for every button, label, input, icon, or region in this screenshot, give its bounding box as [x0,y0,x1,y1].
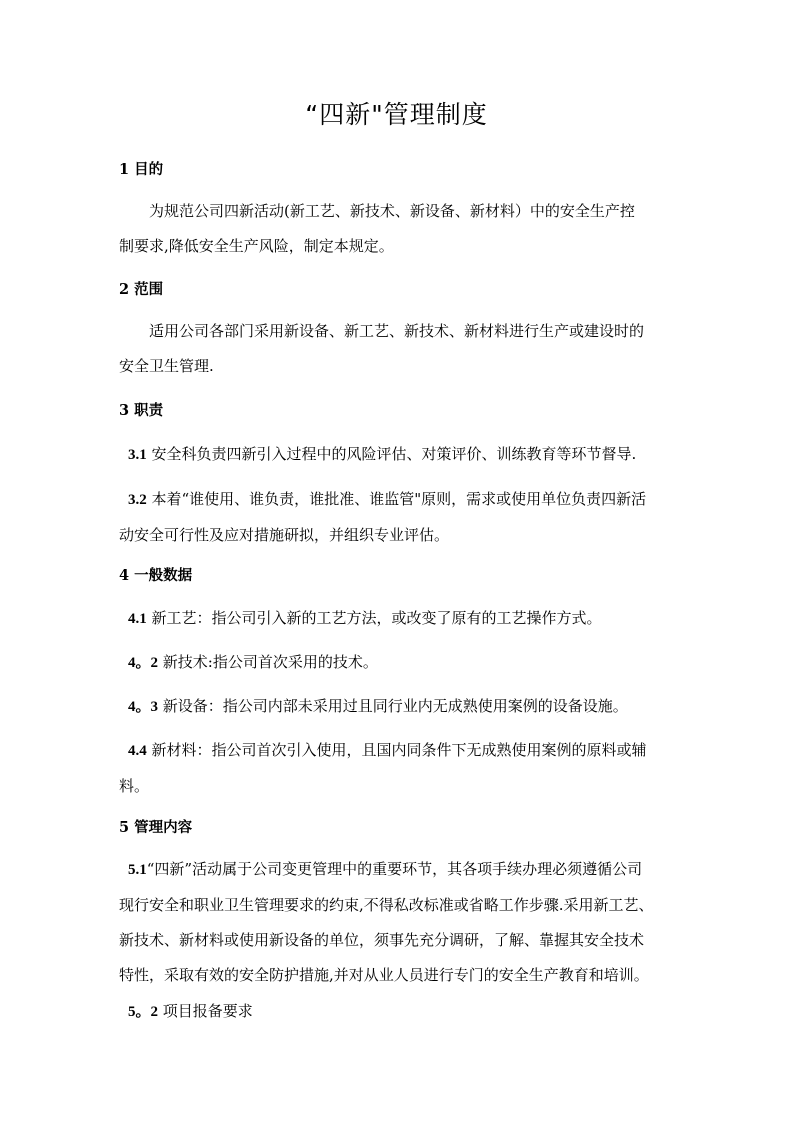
clause-number: 4.1 [128,611,147,627]
clause-4-3: 4。3 新设备：指公司内部未采用过且同行业内无成熟使用案例的设备设施。 [119,689,688,725]
clause-text: 项目报备要求 [158,1002,253,1020]
text-line: 为规范公司四新活动(新工艺、新技术、新设备、新材料）中的安全生产控 [119,194,679,229]
clause-5-2: 5。2 项目报备要求 [119,994,688,1030]
text-line: 制要求,降低安全生产风险，制定本规定。 [119,229,679,264]
clause-4-1: 4.1 新工艺：指公司引入新的工艺方法，或改变了原有的工艺操作方式。 [119,601,688,637]
clause-number: 3.2 [128,492,147,508]
clause-4-4: 4.4 新材料：指公司首次引入使用，且国内同条件下无成熟使用案例的原料或辅 料。 [119,733,679,804]
section-heading-scope: 2 范围 [119,280,679,300]
clause-text: “四新”活动属于公司变更管理中的重要环节，其各项手续办理必须遵循公司 [147,860,642,878]
clause-text: 新工艺：指公司引入新的工艺方法，或改变了原有的工艺操作方式。 [147,609,602,627]
text-line: 动安全可行性及应对措施研拟，并组织专业评估。 [119,518,679,553]
clause-number: 4.4 [128,743,147,759]
section-heading-purpose: 1 目的 [119,160,679,180]
section-heading-definitions: 4 一般数据 [119,566,679,586]
clause-5-1: 5.1“四新”活动属于公司变更管理中的重要环节，其各项手续办理必须遵循公司 现行… [119,852,679,993]
section-heading-management: 5 管理内容 [119,818,679,838]
text-line: 现行安全和职业卫生管理要求的约束,不得私改标准或省略工作步骤.采用新工艺、 [119,888,679,923]
clause-text: 安全科负责四新引入过程中的风险评估、对策评价、训练教育等环节督导. [147,445,637,463]
text-line: 安全卫生管理. [119,349,679,384]
section-heading-responsibilities: 3 职责 [119,401,679,421]
clause-4-2: 4。2 新技术:指公司首次采用的技术。 [119,645,688,681]
clause-3-1: 3.1 安全科负责四新引入过程中的风险评估、对策评价、训练教育等环节督导. [119,437,688,473]
text-line: 适用公司各部门采用新设备、新工艺、新技术、新材料进行生产或建设时的 [119,314,679,349]
clause-3-2: 3.2 本着“谁使用、谁负责，谁批准、谁监管"原则，需求或使用单位负责四新活 动… [119,482,679,553]
clause-number: 3.1 [128,447,147,463]
clause-number: 4。3 [128,699,158,715]
clause-text: 新设备：指公司内部未采用过且同行业内无成熟使用案例的设备设施。 [158,697,628,715]
section-scope-paragraph: 适用公司各部门采用新设备、新工艺、新技术、新材料进行生产或建设时的 安全卫生管理… [119,314,679,384]
clause-number: 5.1 [128,862,147,878]
clause-text: 新材料：指公司首次引入使用，且国内同条件下无成熟使用案例的原料或辅 [147,741,647,759]
document-page: “四新"管理制度 1 目的 为规范公司四新活动(新工艺、新技术、新设备、新材料）… [0,0,793,1122]
clause-text: 新技术:指公司首次采用的技术。 [158,653,378,671]
clause-number: 5。2 [128,1004,158,1020]
text-line: 特性，采取有效的安全防护措施,并对从业人员进行专门的安全生产教育和培训。 [119,958,679,993]
clause-text: 本着“谁使用、谁负责，谁批准、谁监管"原则，需求或使用单位负责四新活 [147,490,646,508]
document-title: “四新"管理制度 [0,97,793,133]
text-line: 新技术、新材料或使用新设备的单位，须事先充分调研，了解、靠握其安全技术 [119,923,679,958]
section-purpose-paragraph: 为规范公司四新活动(新工艺、新技术、新设备、新材料）中的安全生产控 制要求,降低… [119,194,679,264]
text-line: 料。 [119,769,679,804]
clause-number: 4。2 [128,655,158,671]
